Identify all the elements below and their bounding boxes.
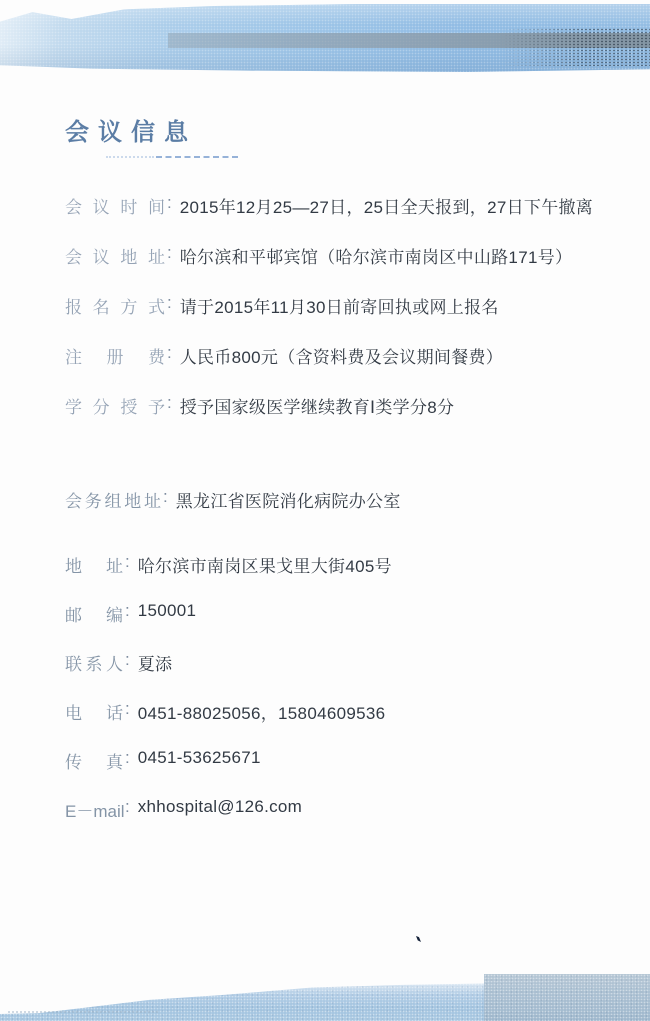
row-value: 授予国家级医学继续教育Ⅰ类学分8分 [180, 398, 455, 417]
row-email: E－mail:xhhospital@126.com [65, 797, 302, 822]
row-registration-method: 报名方式:请于2015年11月30日前寄回执或网上报名 [65, 293, 499, 318]
row-value: 2015年12月25—27日，25日全天报到，27日下午撤离 [180, 198, 593, 217]
row-label: 传真 [65, 748, 123, 773]
row-value: 150001 [138, 601, 197, 620]
row-colon: : [167, 343, 172, 362]
row-value: 哈尔滨市南岗区果戈里大街405号 [138, 557, 392, 576]
row-label: E－mail [65, 797, 123, 822]
row-colon: : [125, 552, 130, 571]
row-phone: 电话:0451-88025056，15804609536 [65, 699, 385, 724]
row-label: 电话 [65, 699, 123, 724]
row-value: 0451-53625671 [138, 748, 261, 767]
band-grain [484, 974, 650, 1021]
row-value: 黑龙江省医院消化病院办公室 [176, 492, 401, 511]
row-colon: : [163, 487, 168, 506]
bottom-right-block [484, 974, 650, 1021]
underline-dark-segment [156, 156, 238, 158]
row-label: 邮编 [65, 601, 123, 626]
bottom-left-dots [8, 1011, 158, 1013]
row-colon: : [125, 650, 130, 669]
row-meeting-time: 会议时间:2015年12月25—27日，25日全天报到，27日下午撤离 [65, 193, 593, 218]
row-registration-fee: 注册费:人民币800元（含资料费及会议期间餐费） [65, 343, 503, 368]
row-label: 会议时间 [65, 193, 165, 218]
row-committee-address: 会务组地址:黑龙江省医院消化病院办公室 [65, 487, 401, 512]
page-title: 会议信息 [65, 112, 197, 147]
row-value: 哈尔滨和平邨宾馆（哈尔滨市南岗区中山路171号） [180, 248, 573, 267]
row-colon: : [167, 393, 172, 412]
row-address: 地址:哈尔滨市南岗区果戈里大街405号 [65, 552, 392, 577]
row-label: 地址 [65, 552, 123, 577]
row-label: 会议地址 [65, 243, 165, 268]
row-value: 0451-88025056，15804609536 [138, 704, 386, 723]
row-postcode: 邮编:150001 [65, 601, 196, 626]
row-label: 联系人 [65, 650, 123, 675]
row-colon: : [125, 601, 130, 620]
row-value: 夏添 [138, 655, 173, 674]
row-label: 报名方式 [65, 293, 165, 318]
row-value: 人民币800元（含资料费及会议期间餐费） [180, 348, 503, 367]
row-colon: : [167, 243, 172, 262]
row-colon: : [125, 699, 130, 718]
row-value: 请于2015年11月30日前寄回执或网上报名 [180, 298, 499, 317]
row-colon: : [125, 797, 130, 816]
row-meeting-address: 会议地址:哈尔滨和平邨宾馆（哈尔滨市南岗区中山路171号） [65, 243, 572, 268]
row-colon: : [167, 293, 172, 312]
row-credit-award: 学分授予:授予国家级医学继续教育Ⅰ类学分8分 [65, 393, 454, 418]
title-underline [106, 155, 238, 158]
row-colon: : [125, 748, 130, 767]
scan-speck [416, 936, 421, 942]
row-label: 会务组地址 [65, 487, 161, 512]
row-colon: : [167, 193, 172, 212]
underline-faint-segment [106, 156, 154, 158]
row-fax: 传真:0451-53625671 [65, 748, 261, 773]
row-label: 学分授予 [65, 393, 165, 418]
row-label: 注册费 [65, 343, 165, 368]
row-value: xhhospital@126.com [138, 797, 302, 816]
row-contact-person: 联系人:夏添 [65, 650, 172, 675]
top-right-speckle [500, 28, 650, 66]
